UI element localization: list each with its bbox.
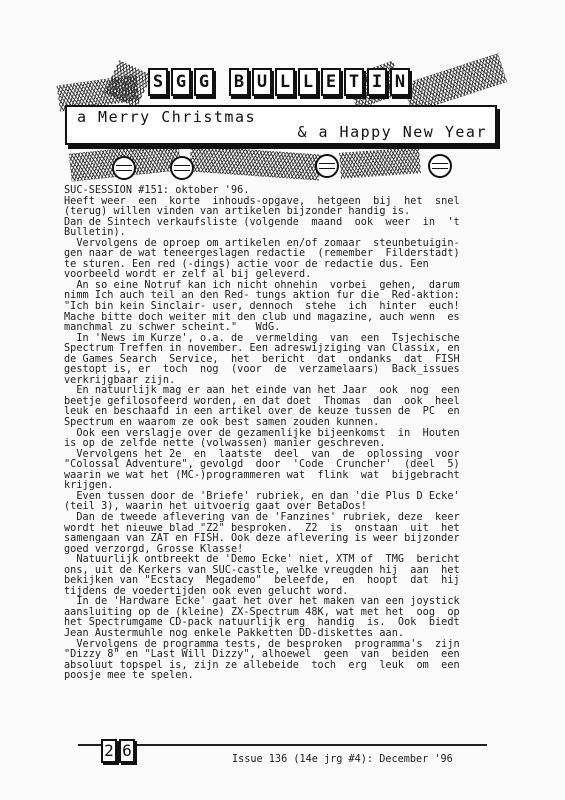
christmas-bauble-icon — [170, 156, 194, 180]
page-number: 2 6 — [101, 739, 135, 763]
title-letter: U — [252, 68, 272, 96]
text-line: waarin we wat het (MC-)programmeren wat … — [64, 471, 504, 482]
page-digit: 2 — [101, 739, 117, 763]
christmas-bauble-icon — [315, 154, 339, 178]
title-letter: G — [171, 68, 191, 96]
pine-branch-decoration — [189, 145, 320, 180]
title-letter: N — [390, 68, 410, 96]
title-letter: I — [367, 68, 387, 96]
issue-info: Issue 136 (14e jrg #4): December '96 — [232, 754, 453, 765]
sgg-bulletin-title: S G G B U L L E T I N — [148, 68, 410, 96]
text-line: Spectrum en waarom ze ook best samen zou… — [64, 418, 504, 429]
title-letter: T — [344, 68, 364, 96]
pine-branch-decoration — [339, 147, 421, 179]
title-letter: S — [148, 68, 168, 96]
pine-branch-decoration — [403, 53, 507, 112]
greeting-line-1: a Merry Christmas — [77, 108, 256, 126]
christmas-bauble-icon — [112, 156, 136, 180]
christmas-greeting-box: a Merry Christmas & a Happy New Year — [65, 105, 497, 145]
text-line: Dan de Sintech verkaufsliste (volgende m… — [64, 218, 504, 229]
document-page: S G G B U L L E T I N a Merry Christmas … — [0, 0, 565, 800]
text-line: Jean Austermuhle nog enkele Pakketten DD… — [64, 629, 504, 640]
article-body: SUC-SESSION #151: oktober '96.Heeft weer… — [64, 186, 504, 682]
text-line: samengaan van ZAT en FISH. Ook deze afle… — [64, 534, 504, 545]
bulletin-banner: S G G B U L L E T I N a Merry Christmas … — [50, 62, 515, 180]
text-line: poosje mee te spelen. — [64, 671, 504, 682]
footer-divider — [78, 744, 487, 746]
title-letter: L — [275, 68, 295, 96]
text-line: Dan de tweede aflevering van de 'Fanzine… — [64, 513, 504, 524]
christmas-bauble-icon — [428, 154, 452, 178]
title-letter: E — [321, 68, 341, 96]
text-line: SUC-SESSION #151: oktober '96. — [64, 186, 504, 197]
page-digit: 6 — [119, 739, 135, 763]
greeting-line-2: & a Happy New Year — [297, 123, 487, 141]
title-letter: B — [229, 68, 249, 96]
title-letter: G — [194, 68, 214, 96]
text-line: "Ich bin kein Sinclair- user, dennoch st… — [64, 302, 504, 313]
title-letter: L — [298, 68, 318, 96]
